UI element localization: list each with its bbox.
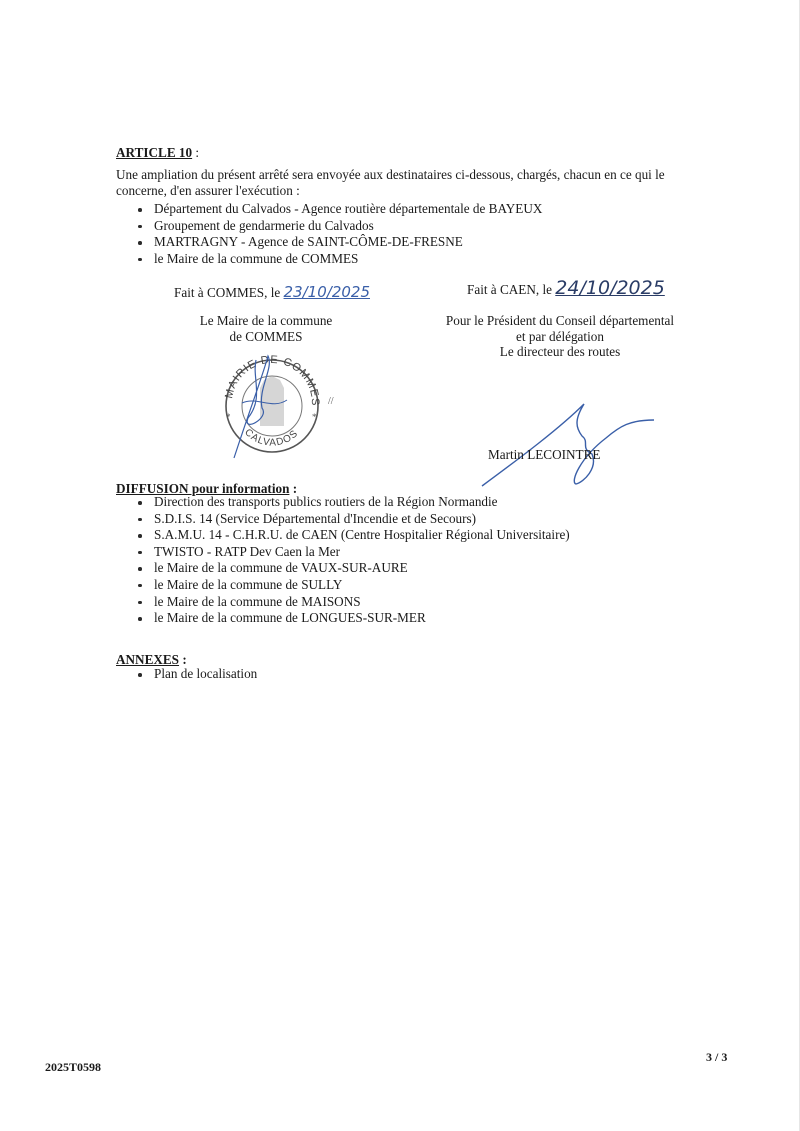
mayor-stamp-icon: MAIRIE DE COMMES CALVADOS * * // bbox=[212, 348, 352, 468]
list-item: MARTRAGNY - Agence de SAINT-CÔME-DE-FRES… bbox=[132, 234, 542, 251]
diffusion-list: Direction des transports publics routier… bbox=[132, 494, 570, 627]
article-10-paragraph: Une ampliation du présent arrêté sera en… bbox=[116, 167, 696, 199]
svg-text:CALVADOS: CALVADOS bbox=[242, 427, 300, 449]
right-handwritten-date: 24/10/2025 bbox=[555, 277, 665, 299]
list-item: le Maire de la commune de VAUX-SUR-AURE bbox=[132, 560, 570, 577]
annexes-list: Plan de localisation bbox=[132, 666, 257, 683]
right-title-line-2: et par délégation bbox=[420, 329, 700, 345]
svg-text:*: * bbox=[312, 412, 317, 422]
left-signatory-title: Le Maire de la commune de COMMES bbox=[186, 313, 346, 345]
left-handwritten-date: 23/10/2025 bbox=[284, 283, 370, 301]
right-signatory-title: Pour le Président du Conseil département… bbox=[420, 313, 700, 360]
list-item: Département du Calvados - Agence routièr… bbox=[132, 201, 542, 218]
list-item: Direction des transports publics routier… bbox=[132, 494, 570, 511]
left-date-line: Fait à COMMES, le 23/10/2025 bbox=[174, 283, 370, 301]
list-item: TWISTO - RATP Dev Caen la Mer bbox=[132, 544, 570, 561]
annexes-colon: : bbox=[179, 652, 187, 667]
article-10-colon: : bbox=[192, 145, 199, 160]
list-item: le Maire de la commune de MAISONS bbox=[132, 594, 570, 611]
document-reference: 2025T0598 bbox=[45, 1060, 101, 1075]
list-item: le Maire de la commune de LONGUES-SUR-ME… bbox=[132, 610, 570, 627]
svg-text:*: * bbox=[226, 412, 231, 422]
list-item: S.D.I.S. 14 (Service Départemental d'Inc… bbox=[132, 511, 570, 528]
list-item: Plan de localisation bbox=[132, 666, 257, 683]
list-item: S.A.M.U. 14 - C.H.R.U. de CAEN (Centre H… bbox=[132, 527, 570, 544]
list-item: Groupement de gendarmerie du Calvados bbox=[132, 218, 542, 235]
right-title-line-1: Pour le Président du Conseil département… bbox=[420, 313, 700, 329]
page-number: 3 / 3 bbox=[706, 1050, 727, 1065]
article-10-heading: ARTICLE 10 : bbox=[116, 145, 199, 161]
left-place-label: Fait à COMMES, le bbox=[174, 285, 284, 300]
right-place-label: Fait à CAEN, le bbox=[467, 282, 555, 297]
right-title-line-3: Le directeur des routes bbox=[420, 344, 700, 360]
right-date-line: Fait à CAEN, le 24/10/2025 bbox=[467, 277, 665, 299]
director-signature-icon bbox=[480, 398, 660, 488]
left-title-line-1: Le Maire de la commune bbox=[186, 313, 346, 329]
recipients-list: Département du Calvados - Agence routièr… bbox=[132, 201, 542, 267]
left-title-line-2: de COMMES bbox=[186, 329, 346, 345]
article-10-title: ARTICLE 10 bbox=[116, 145, 192, 160]
svg-text://: // bbox=[328, 396, 334, 407]
list-item: le Maire de la commune de SULLY bbox=[132, 577, 570, 594]
list-item: le Maire de la commune de COMMES bbox=[132, 251, 542, 268]
signatory-name: Martin LECOINTRE bbox=[488, 447, 600, 463]
annexes-title: ANNEXES bbox=[116, 652, 179, 667]
